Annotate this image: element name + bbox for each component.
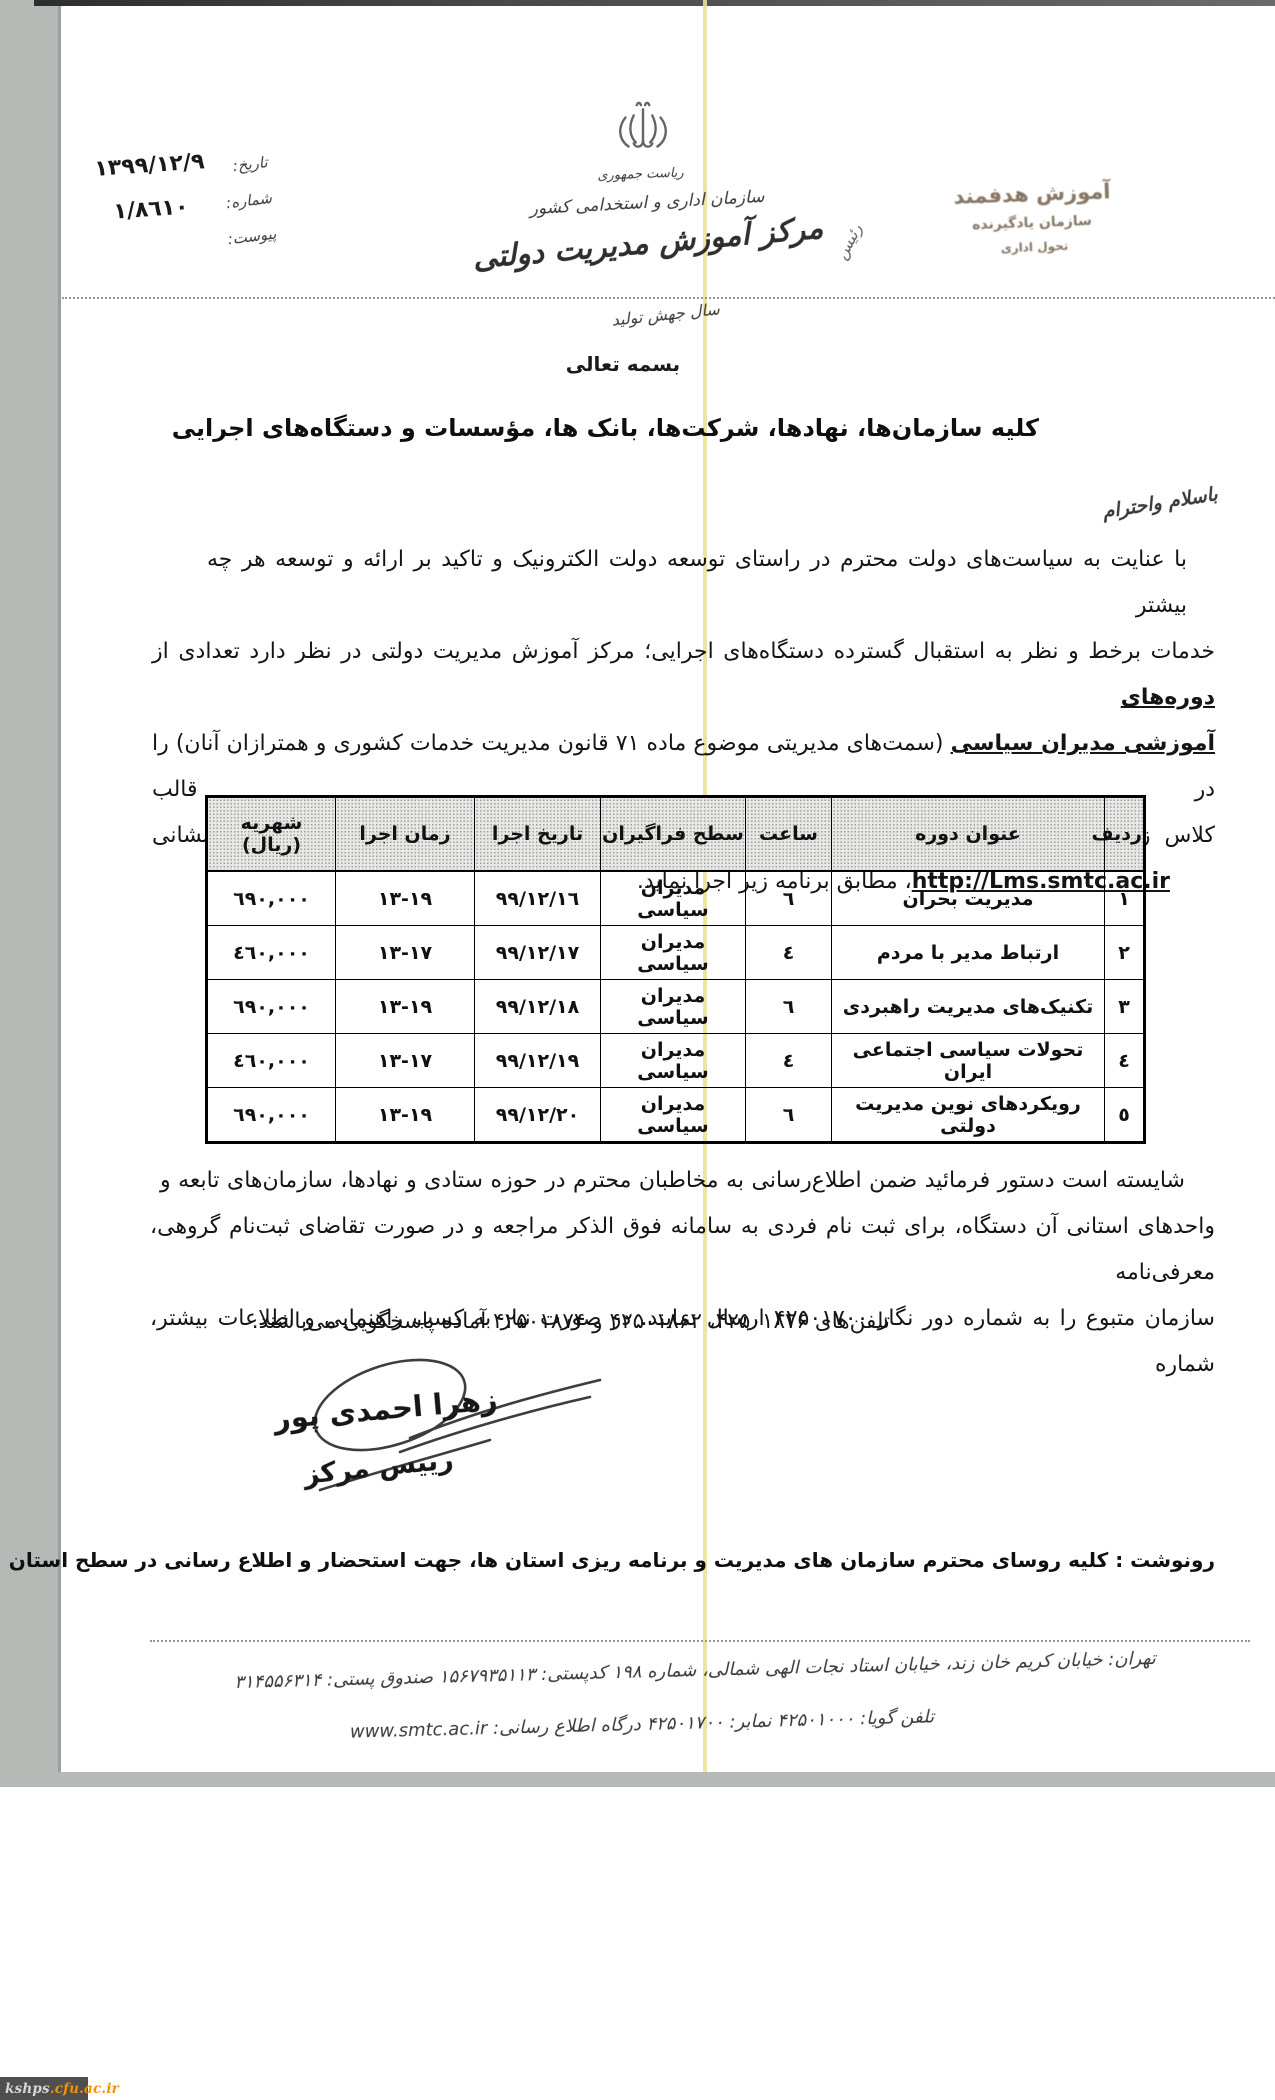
cell-course-title: تحولات سیاسی اجتماعی ایران bbox=[832, 1034, 1105, 1088]
cell-exec-time: ١٩-١٣ bbox=[336, 1088, 475, 1143]
table-row: ٢ ارتباط مدیر با مردم ٤ مدیران سیاسی ٩٩/… bbox=[207, 926, 1145, 980]
table-row: ٥ رویکردهای نوین مدیریت دولتی ٦ مدیران س… bbox=[207, 1088, 1145, 1143]
year-slogan: سال جهش تولید bbox=[577, 296, 753, 333]
cc-line: رونوشت : کلیه روسای محترم سازمان های مدی… bbox=[9, 1548, 1215, 1572]
cell-course-title: مدیریت بحران bbox=[832, 871, 1105, 926]
footer-contact-text: تلفن گویا: ۴۲۵۰۱۰۰۰ نمابر: ۴۲۵۰۱۷۰۰ درگا… bbox=[487, 1706, 934, 1739]
cell-exec-time: ١٩-١٣ bbox=[336, 980, 475, 1034]
footer-address: تهران: خیابان کریم خان زند، خیابان استاد… bbox=[140, 1645, 1250, 1695]
cell-exec-date: ٩٩/١٢/١٩ bbox=[475, 1034, 601, 1088]
header-course-title: عنوان دوره bbox=[832, 797, 1105, 872]
course-table-body: ١ مدیریت بحران ٦ مدیران سیاسی ٩٩/١٢/١٦ ١… bbox=[207, 871, 1145, 1143]
course-table-header: ردیف عنوان دوره ساعت سطح فراگیران تاریخ … bbox=[207, 797, 1145, 872]
table-row: ١ مدیریت بحران ٦ مدیران سیاسی ٩٩/١٢/١٦ ١… bbox=[207, 871, 1145, 926]
body1-line2-emphasis: دوره‌های bbox=[1121, 685, 1215, 710]
cell-tuition: ٤٦٠,٠٠٠ bbox=[207, 926, 336, 980]
stamp-line-1: آموزش هدفمند bbox=[942, 179, 1123, 209]
cell-exec-time: ١٧-١٣ bbox=[336, 1034, 475, 1088]
header-tuition: شهریه (ریال) bbox=[207, 797, 336, 872]
body1-line2-text: خدمات برخط و نظر به استقبال گسترده دستگا… bbox=[152, 639, 1215, 664]
body2-line4: تلفن‌های ۴۲۵۰۱۸۷۶، ۴۲۵۰۱۸۶۲ و ۴۲۵۰۱۸۷۴ آ… bbox=[395, 1299, 890, 1345]
cell-course-title: تکنیک‌های مدیریت راهبردی bbox=[832, 980, 1105, 1034]
body1-line1: با عنایت به سیاست‌های دولت محترم در راست… bbox=[152, 537, 1215, 629]
cell-tuition: ٤٦٠,٠٠٠ bbox=[207, 1034, 336, 1088]
cell-course-title: رویکردهای نوین مدیریت دولتی bbox=[832, 1088, 1105, 1143]
scan-top-edge-shadow bbox=[34, 0, 1275, 6]
letterhead-gov: ریاست جمهوری bbox=[558, 164, 723, 185]
body1-line3-emphasis: آموزشی مدیران سیاسی bbox=[951, 731, 1215, 756]
footer-website: www.smtc.ac.ir bbox=[350, 1718, 488, 1743]
cell-learner-level: مدیران سیاسی bbox=[601, 926, 746, 980]
cell-hours: ٦ bbox=[746, 871, 832, 926]
bismillah: بسمه تعالی bbox=[543, 352, 703, 376]
header-row-number: ردیف bbox=[1105, 797, 1145, 872]
side-note-scribble: رئیس bbox=[832, 221, 866, 263]
cell-exec-time: ١٩-١٣ bbox=[336, 871, 475, 926]
attachment-label: پیوست: bbox=[204, 216, 278, 260]
scanner-bottom-margin bbox=[0, 1772, 1275, 1787]
cell-exec-date: ٩٩/١٢/١٦ bbox=[475, 871, 601, 926]
cell-course-title: ارتباط مدیر با مردم bbox=[832, 926, 1105, 980]
body2-line1: شایسته است دستور فرمائید ضمن اطلاع‌رسانی… bbox=[150, 1158, 1215, 1204]
cell-exec-time: ١٧-١٣ bbox=[336, 926, 475, 980]
cell-row-number: ٥ bbox=[1105, 1088, 1145, 1143]
stamp-line-2: سازمان یادگیرنده bbox=[962, 213, 1102, 234]
cell-row-number: ٣ bbox=[1105, 980, 1145, 1034]
cell-learner-level: مدیران سیاسی bbox=[601, 1088, 746, 1143]
cell-hours: ٤ bbox=[746, 1034, 832, 1088]
cell-learner-level: مدیران سیاسی bbox=[601, 980, 746, 1034]
footer-contact: تلفن گویا: ۴۲۵۰۱۰۰۰ نمابر: ۴۲۵۰۱۷۰۰ درگا… bbox=[292, 1705, 992, 1744]
cell-row-number: ٤ bbox=[1105, 1034, 1145, 1088]
letterhead-org: سازمان اداری و استخدامی کشور bbox=[497, 185, 798, 221]
header-hours: ساعت bbox=[746, 797, 832, 872]
table-row: ٣ تکنیک‌های مدیریت راهبردی ٦ مدیران سیاس… bbox=[207, 980, 1145, 1034]
header-exec-time: زمان اجرا bbox=[336, 797, 475, 872]
table-row: ٤ تحولات سیاسی اجتماعی ایران ٤ مدیران سی… bbox=[207, 1034, 1145, 1088]
recipient-heading: کلیه سازمان‌ها، نهادها، شرکت‌ها، بانک ها… bbox=[172, 414, 1039, 442]
cell-row-number: ١ bbox=[1105, 871, 1145, 926]
scanned-letter-page: { "meta": { "date_label": "تاریخ:", "dat… bbox=[0, 0, 1275, 2100]
date-value: ١٣٩٩/١٢/٩ bbox=[81, 148, 217, 182]
footer-separator bbox=[150, 1640, 1250, 1642]
letterhead-separator bbox=[62, 297, 1275, 299]
number-value: ١/٨٦١٠ bbox=[95, 193, 206, 226]
cell-learner-level: مدیران سیاسی bbox=[601, 871, 746, 926]
cell-tuition: ٦٩٠,٠٠٠ bbox=[207, 871, 336, 926]
salutation: باسلام واحترام bbox=[1084, 480, 1236, 525]
cell-hours: ٤ bbox=[746, 926, 832, 980]
cell-exec-date: ٩٩/١٢/١٨ bbox=[475, 980, 601, 1034]
cell-tuition: ٦٩٠,٠٠٠ bbox=[207, 1088, 336, 1143]
watermark-bar: kshps.cfu.ac.ir bbox=[0, 2077, 88, 2100]
header-exec-date: تاریخ اجرا bbox=[475, 797, 601, 872]
letterhead-center-name: مرکز آموزش مدیریت دولتی bbox=[467, 210, 829, 276]
cell-tuition: ٦٩٠,٠٠٠ bbox=[207, 980, 336, 1034]
cell-row-number: ٢ bbox=[1105, 926, 1145, 980]
stamp-line-3: تحول اداری bbox=[987, 238, 1082, 255]
iran-emblem-icon bbox=[612, 100, 674, 162]
body1-line2: خدمات برخط و نظر به استقبال گسترده دستگا… bbox=[152, 629, 1215, 721]
cell-exec-date: ٩٩/١٢/١٧ bbox=[475, 926, 601, 980]
signature-scribble bbox=[260, 1340, 620, 1505]
scanner-left-margin bbox=[0, 0, 60, 1786]
cell-learner-level: مدیران سیاسی bbox=[601, 1034, 746, 1088]
paper-left-edge-shadow bbox=[58, 0, 61, 1786]
course-table: ردیف عنوان دوره ساعت سطح فراگیران تاریخ … bbox=[205, 795, 1146, 1144]
cell-hours: ٦ bbox=[746, 980, 832, 1034]
cell-exec-date: ٩٩/١٢/٢٠ bbox=[475, 1088, 601, 1143]
body2-line2: واحدهای استانی آن دستگاه، برای ثبت نام ف… bbox=[150, 1204, 1215, 1296]
cell-hours: ٦ bbox=[746, 1088, 832, 1143]
header-learner-level: سطح فراگیران bbox=[601, 797, 746, 872]
watermark-suffix: .cfu.ac.ir bbox=[50, 2081, 119, 2097]
watermark-prefix: kshps bbox=[5, 2081, 50, 2097]
